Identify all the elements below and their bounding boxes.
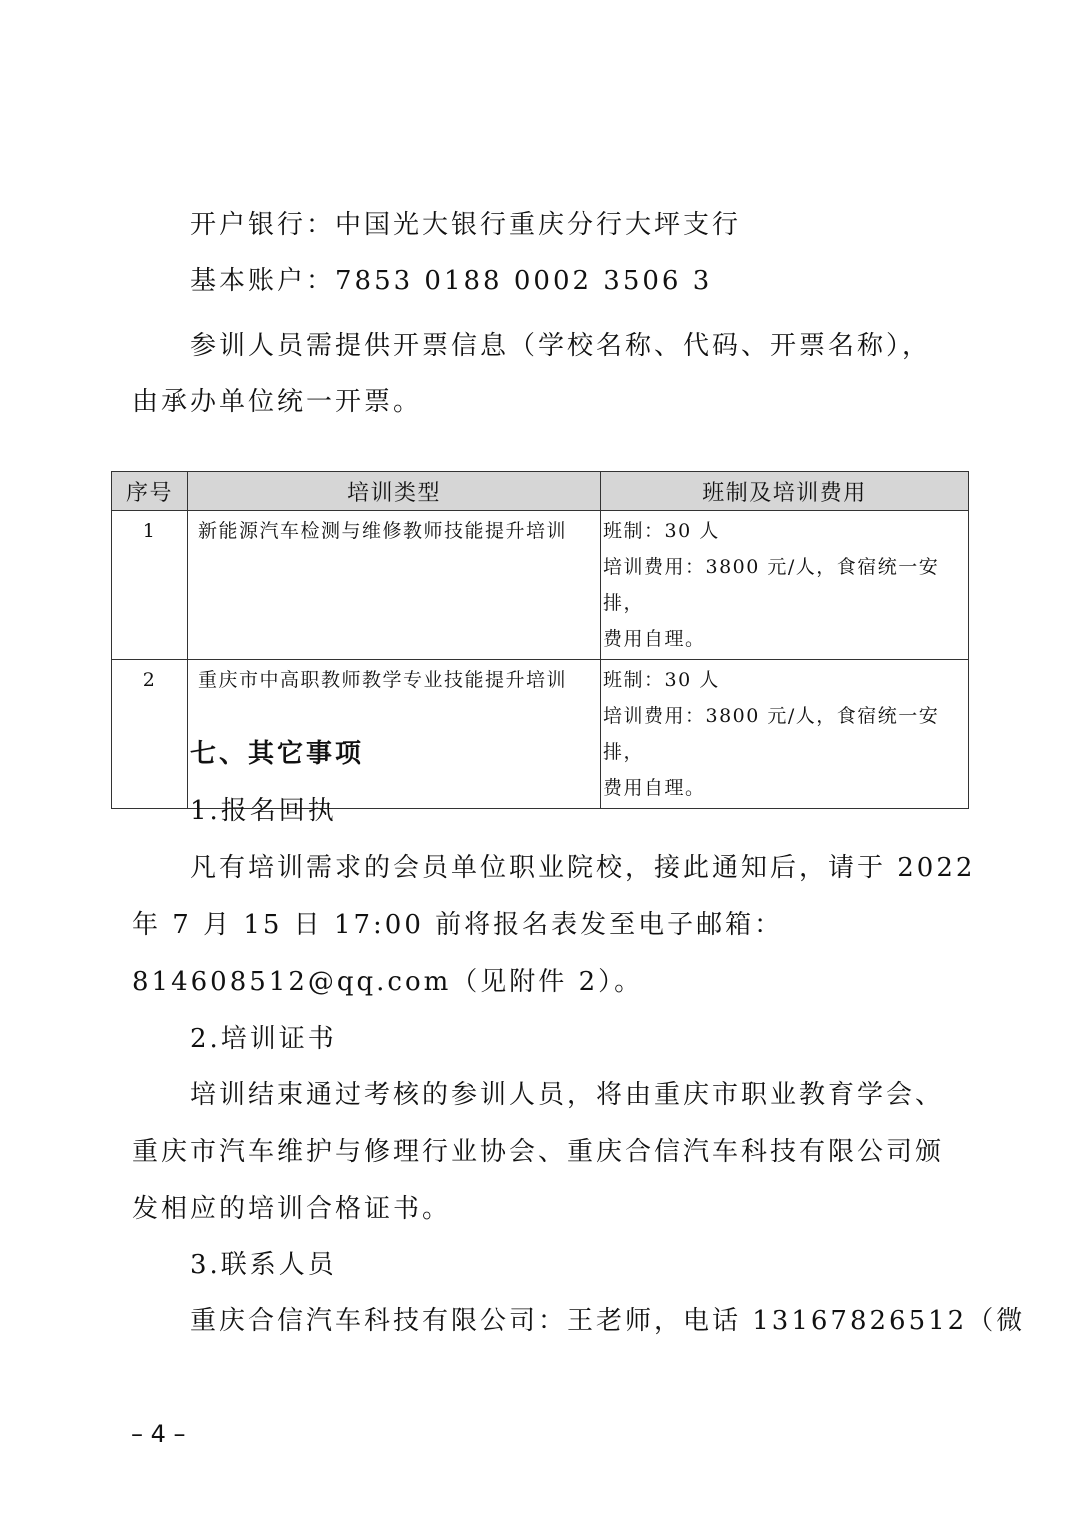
header-index: 序号 <box>112 472 188 511</box>
row-fee: 班制：30 人 培训费用：3800 元/人，食宿统一安排， 费用自理。 <box>601 511 969 660</box>
invoice-paragraph-line1: 参训人员需提供开票信息（学校名称、代码、开票名称）， <box>190 333 931 359</box>
header-type: 培训类型 <box>188 472 601 511</box>
row-fee: 班制：30 人 培训费用：3800 元/人，食宿统一安排， 费用自理。 <box>601 660 969 809</box>
sub2-title: 2.培训证书 <box>190 1026 337 1052</box>
page-number: – 4 – <box>131 1420 186 1448</box>
table-row: 2 重庆市中高职教师教学专业技能提升培训 班制：30 人 培训费用：3800 元… <box>112 660 969 809</box>
table-header-row: 序号 培训类型 班制及培训费用 <box>112 472 969 511</box>
fee-line: 培训费用：3800 元/人，食宿统一安排， <box>603 698 962 770</box>
sub1-title: 1.报名回执 <box>190 798 337 824</box>
fee-line: 培训费用：3800 元/人，食宿统一安排， <box>603 549 962 621</box>
header-fee: 班制及培训费用 <box>601 472 969 511</box>
fee-line: 班制：30 人 <box>603 513 962 549</box>
account-paragraph: 基本账户：7853 0188 0002 3506 3 <box>190 268 712 294</box>
sub3-line1: 重庆合信汽车科技有限公司：王老师，电话 13167826512（微 <box>190 1308 1025 1334</box>
row-index: 2 <box>112 660 188 809</box>
fee-line: 费用自理。 <box>603 770 962 806</box>
invoice-paragraph-line2: 由承办单位统一开票。 <box>132 389 422 415</box>
row-type: 重庆市中高职教师教学专业技能提升培训 <box>188 660 601 809</box>
fee-line: 费用自理。 <box>603 621 962 657</box>
section-7-title: 七、其它事项 <box>190 741 364 767</box>
sub3-title: 3.联系人员 <box>190 1252 337 1278</box>
sub2-line3: 发相应的培训合格证书。 <box>132 1196 451 1222</box>
sub1-line2: 年 7 月 15 日 17:00 前将报名表发至电子邮箱： <box>132 912 783 938</box>
fee-line: 班制：30 人 <box>603 662 962 698</box>
row-index: 1 <box>112 511 188 660</box>
sub1-line3-email: 814608512@qq.com（见附件 2）。 <box>132 969 643 995</box>
table-row: 1 新能源汽车检测与维修教师技能提升培训 班制：30 人 培训费用：3800 元… <box>112 511 969 660</box>
sub2-line1: 培训结束通过考核的参训人员，将由重庆市职业教育学会、 <box>190 1082 944 1108</box>
sub2-line2: 重庆市汽车维护与修理行业协会、重庆合信汽车科技有限公司颁 <box>132 1139 944 1165</box>
sub1-line1: 凡有培训需求的会员单位职业院校，接此通知后，请于 2022 <box>190 855 975 881</box>
row-type: 新能源汽车检测与维修教师技能提升培训 <box>188 511 601 660</box>
bank-paragraph: 开户银行：中国光大银行重庆分行大坪支行 <box>190 212 741 238</box>
